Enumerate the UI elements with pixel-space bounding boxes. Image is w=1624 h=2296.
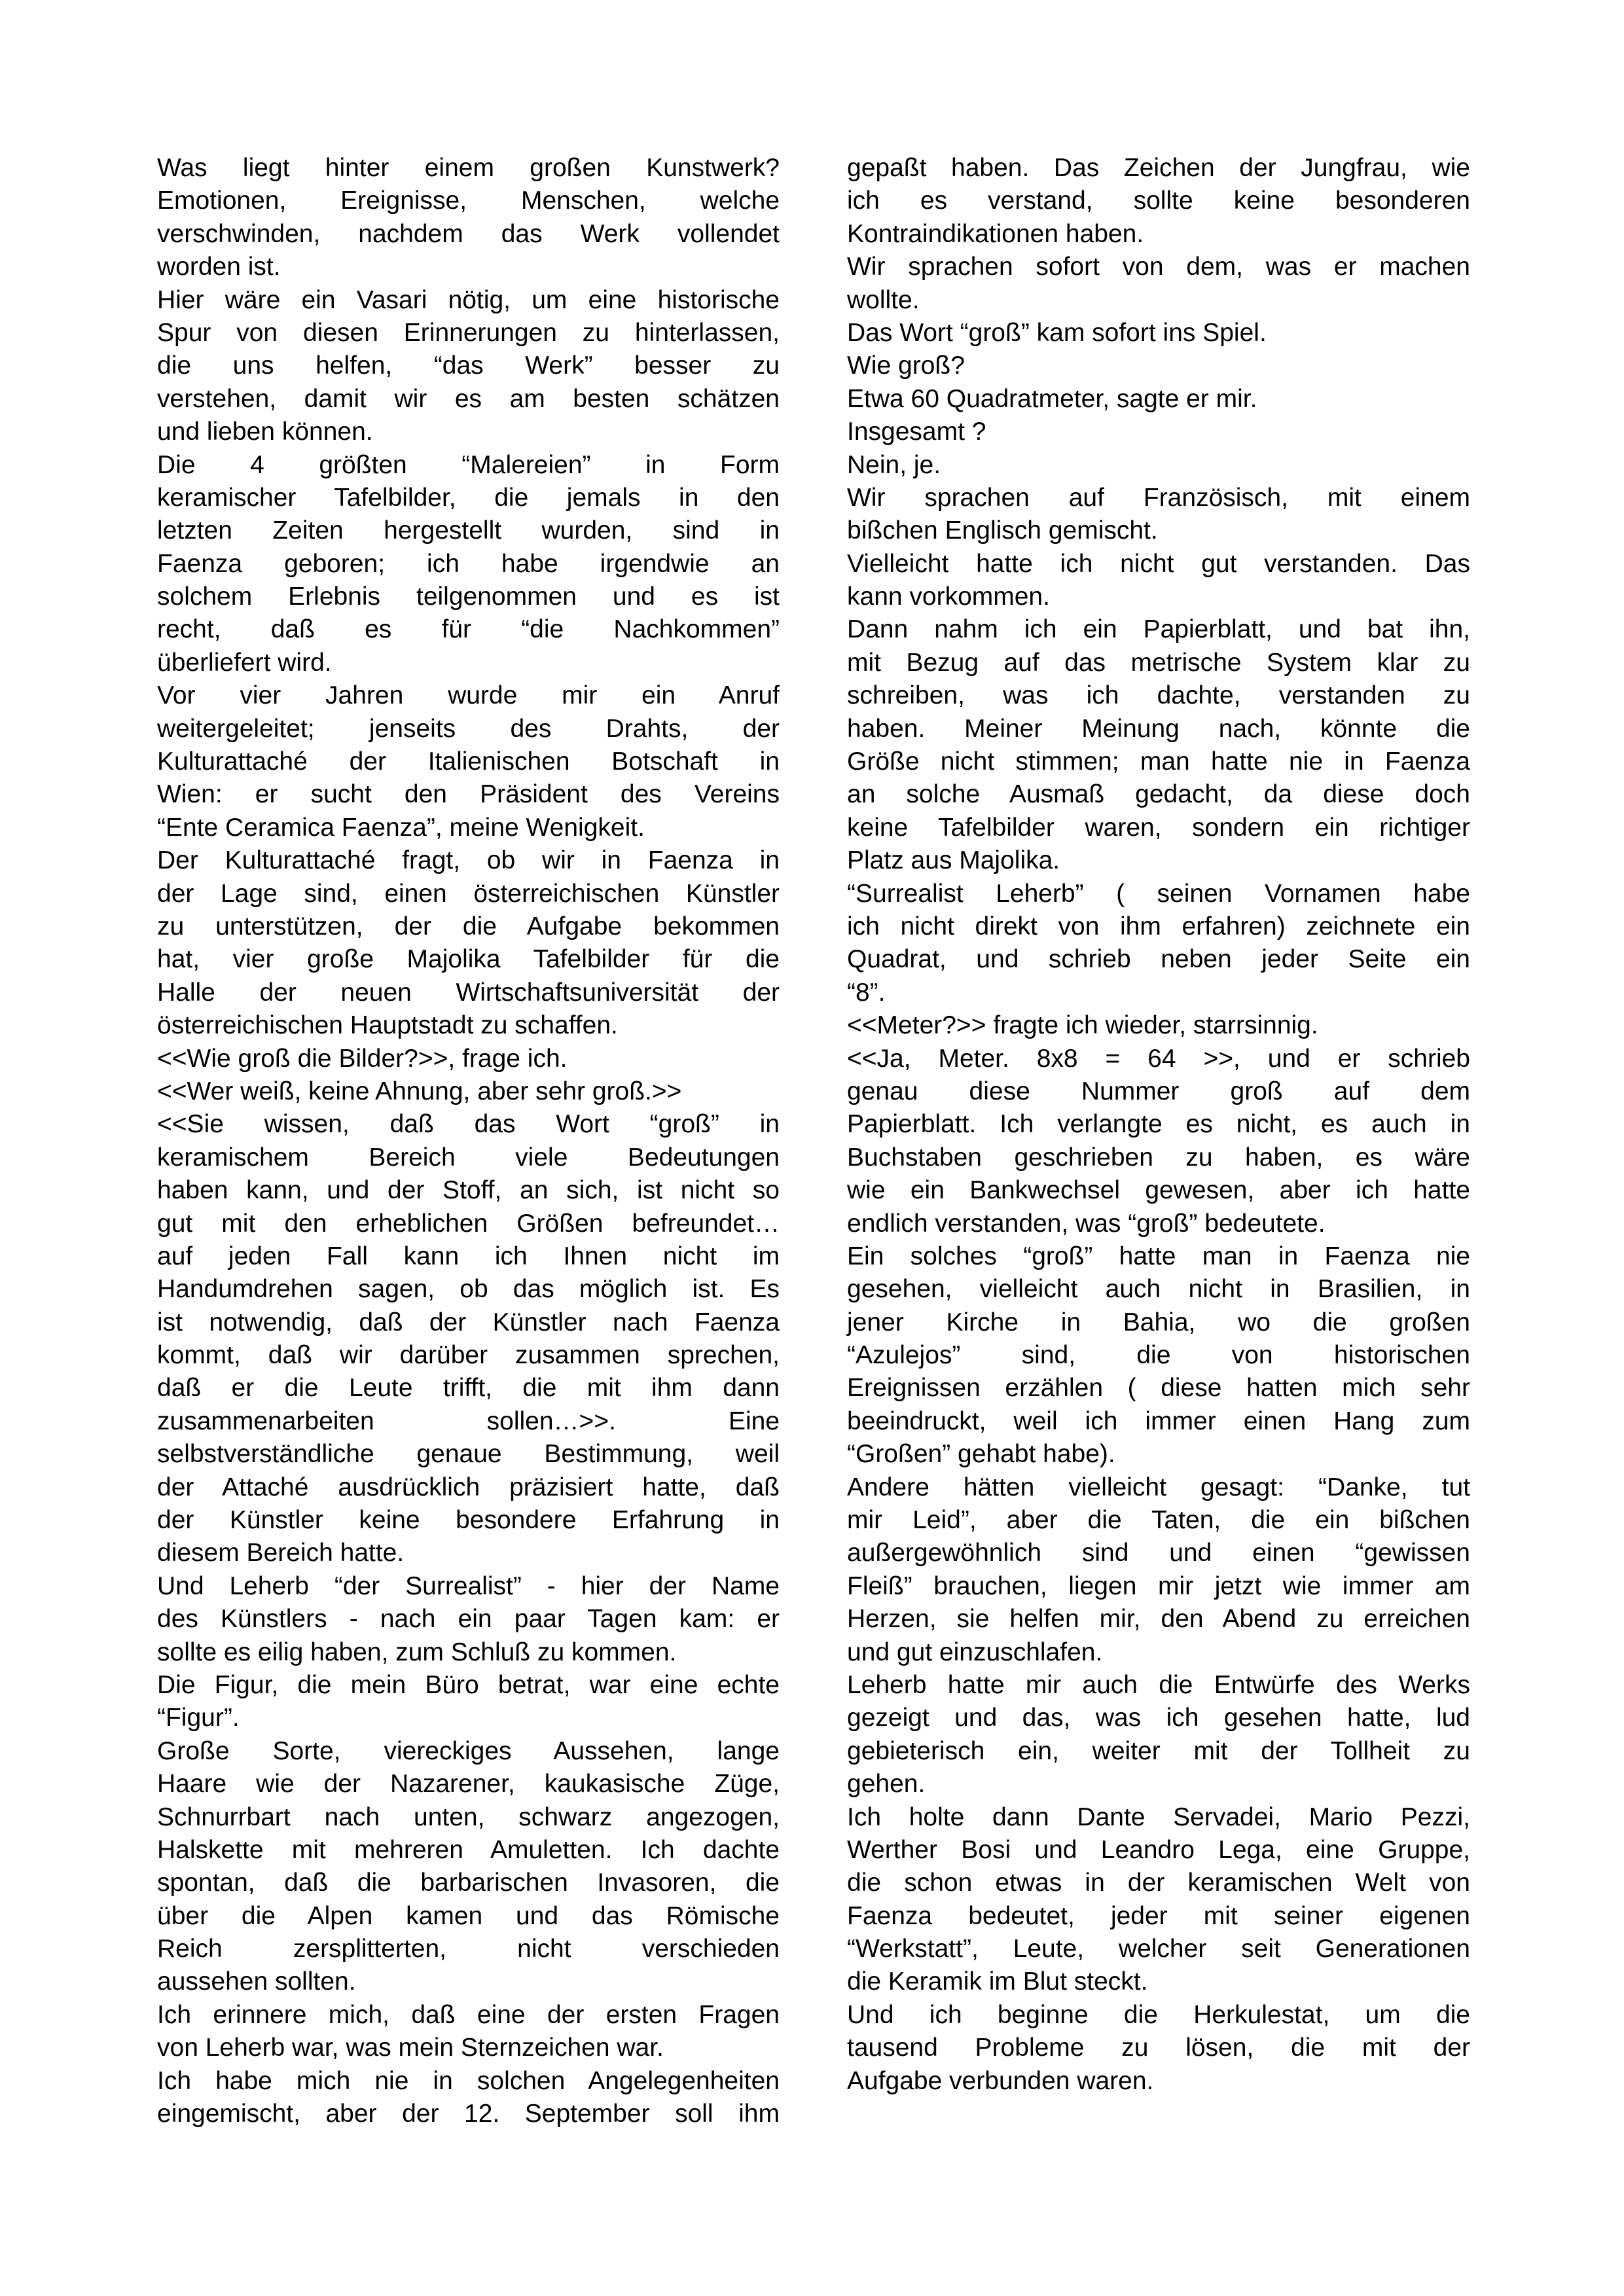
text-line: solchem Erlebnis teilgenommen und es ist [157, 581, 780, 613]
text-line: Ich erinnere mich, daß eine der ersten F… [157, 1999, 780, 2032]
text-line: <<Wer weiß, keine Ahnung, aber sehr groß… [157, 1075, 780, 1108]
text-line: Spur von diesen Erinnerungen zu hinterla… [157, 317, 780, 350]
text-line: außergewöhnlich sind und einen “gewissen [847, 1537, 1470, 1570]
text-line: Andere hätten vielleicht gesagt: “Danke,… [847, 1471, 1470, 1504]
text-line: aussehen sollten. [157, 1965, 780, 1998]
text-line: Aufgabe verbunden waren. [847, 2065, 1470, 2098]
text-line: Haare wie der Nazarener, kaukasische Züg… [157, 1768, 780, 1801]
text-line: von Leherb war, was mein Sternzeichen wa… [157, 2032, 780, 2064]
text-line: gut mit den erheblichen Größen befreunde… [157, 1208, 780, 1240]
text-line: genau diese Nummer groß auf dem [847, 1075, 1470, 1108]
text-line: die uns helfen, “das Werk” besser zu [157, 350, 780, 382]
text-line: schreiben, was ich dachte, verstanden zu [847, 679, 1470, 712]
text-line: Schnurrbart nach unten, schwarz angezoge… [157, 1801, 780, 1834]
text-line: ich nicht direkt von ihm erfahren) zeich… [847, 910, 1470, 943]
text-line: Halskette mit mehreren Amuletten. Ich da… [157, 1834, 780, 1867]
text-line: spontan, daß die barbarischen Invasoren,… [157, 1867, 780, 1899]
text-line: diesem Bereich hatte. [157, 1537, 780, 1570]
text-line: gezeigt und das, was ich gesehen hatte, … [847, 1702, 1470, 1734]
text-line: beeindruckt, weil ich immer einen Hang z… [847, 1405, 1470, 1438]
text-line: Wir sprachen sofort von dem, was er mach… [847, 251, 1470, 283]
text-line: Das Wort “groß” kam sofort ins Spiel. [847, 317, 1470, 350]
text-line: “Ente Ceramica Faenza”, meine Wenigkeit. [157, 812, 780, 844]
text-line: Und ich beginne die Herkulestat, um die [847, 1999, 1470, 2032]
text-line: des Künstlers - nach ein paar Tagen kam:… [157, 1603, 780, 1636]
text-line: der Attaché ausdrücklich präzisiert hatt… [157, 1471, 780, 1504]
text-line: Faenza geboren; ich habe irgendwie an [157, 548, 780, 581]
text-line: letzten Zeiten hergestellt wurden, sind … [157, 514, 780, 547]
text-line: keramischer Tafelbilder, die jemals in d… [157, 482, 780, 514]
text-line: “Großen” gehabt habe). [847, 1438, 1470, 1471]
text-line: worden ist. [157, 251, 780, 283]
text-column-right: gepaßt haben. Das Zeichen der Jungfrau, … [847, 152, 1470, 2098]
text-line: Buchstaben geschrieben zu haben, es wäre [847, 1141, 1470, 1174]
text-line: österreichischen Hauptstadt zu schaffen. [157, 1009, 780, 1042]
text-line: an solche Ausmaß gedacht, da diese doch [847, 778, 1470, 811]
text-line: haben kann, und der Stoff, an sich, ist … [157, 1174, 780, 1207]
text-line: Wie groß? [847, 350, 1470, 382]
text-line: Wir sprachen auf Französisch, mit einem [847, 482, 1470, 514]
text-line: Und Leherb “der Surrealist” - hier der N… [157, 1570, 780, 1603]
text-line: und gut einzuschlafen. [847, 1636, 1470, 1669]
text-line: Ereignissen erzählen ( diese hatten mich… [847, 1372, 1470, 1405]
text-line: überliefert wird. [157, 647, 780, 679]
text-line: die Keramik im Blut steckt. [847, 1965, 1470, 1998]
text-line: Größe nicht stimmen; man hatte nie in Fa… [847, 745, 1470, 778]
text-line: Herzen, sie helfen mir, den Abend zu err… [847, 1603, 1470, 1636]
text-line: kann vorkommen. [847, 581, 1470, 613]
text-line: der Künstler keine besondere Erfahrung i… [157, 1504, 780, 1537]
text-line: tausend Probleme zu lösen, die mit der [847, 2032, 1470, 2064]
text-line: Platz aus Majolika. [847, 844, 1470, 877]
text-line: “Azulejos” sind, die von historischen [847, 1339, 1470, 1372]
text-line: <<Meter?>> fragte ich wieder, starrsinni… [847, 1009, 1470, 1042]
text-line: keramischem Bereich viele Bedeutungen [157, 1141, 780, 1174]
text-line: gebieterisch ein, weiter mit der Tollhei… [847, 1735, 1470, 1768]
text-line: hat, vier große Majolika Tafelbilder für… [157, 943, 780, 976]
text-column-left: Was liegt hinter einem großen Kunstwerk?… [157, 152, 780, 2130]
text-line: Faenza bedeutet, jeder mit seiner eigene… [847, 1900, 1470, 1933]
text-line: Die 4 größten “Malereien” in Form [157, 449, 780, 482]
text-line: zusammenarbeiten sollen…>>. Eine [157, 1405, 780, 1438]
text-line: Handumdrehen sagen, ob das möglich ist. … [157, 1273, 780, 1306]
text-line: Der Kulturattaché fragt, ob wir in Faenz… [157, 844, 780, 877]
text-line: weitergeleitet; jenseits des Drahts, der [157, 713, 780, 745]
text-line: endlich verstanden, was “groß” bedeutete… [847, 1208, 1470, 1240]
text-line: Große Sorte, viereckiges Aussehen, lange [157, 1735, 780, 1768]
document-page: Was liegt hinter einem großen Kunstwerk?… [0, 0, 1624, 2296]
text-line: Was liegt hinter einem großen Kunstwerk? [157, 152, 780, 185]
text-line: mit Bezug auf das metrische System klar … [847, 647, 1470, 679]
text-line: Werther Bosi und Leandro Lega, eine Grup… [847, 1834, 1470, 1867]
text-line: Ich holte dann Dante Servadei, Mario Pez… [847, 1801, 1470, 1834]
text-line: Papierblatt. Ich verlangte es nicht, es … [847, 1108, 1470, 1141]
text-line: wollte. [847, 284, 1470, 317]
text-line: verstehen, damit wir es am besten schätz… [157, 383, 780, 416]
text-line: verschwinden, nachdem das Werk vollendet [157, 218, 780, 251]
text-line: “8”. [847, 977, 1470, 1009]
text-line: <<Wie groß die Bilder?>>, frage ich. [157, 1043, 780, 1075]
text-line: Vor vier Jahren wurde mir ein Anruf [157, 679, 780, 712]
text-line: jener Kirche in Bahia, wo die großen [847, 1306, 1470, 1339]
text-line: ist notwendig, daß der Künstler nach Fae… [157, 1306, 780, 1339]
text-line: daß er die Leute trifft, die mit ihm dan… [157, 1372, 780, 1405]
text-line: Insgesamt ? [847, 416, 1470, 448]
text-line: Halle der neuen Wirtschaftsuniversität d… [157, 977, 780, 1009]
text-line: Wien: er sucht den Präsident des Vereins [157, 778, 780, 811]
text-line: Leherb hatte mir auch die Entwürfe des W… [847, 1669, 1470, 1702]
text-line: auf jeden Fall kann ich Ihnen nicht im [157, 1240, 780, 1273]
text-line: Die Figur, die mein Büro betrat, war ein… [157, 1669, 780, 1702]
text-line: eingemischt, aber der 12. September soll… [157, 2098, 780, 2130]
text-line: Ich habe mich nie in solchen Angelegenhe… [157, 2065, 780, 2098]
text-line: gesehen, vielleicht auch nicht in Brasil… [847, 1273, 1470, 1306]
text-line: “Surrealist Leherb” ( seinen Vornamen ha… [847, 878, 1470, 910]
text-line: sollte es eilig haben, zum Schluß zu kom… [157, 1636, 780, 1669]
text-line: <<Ja, Meter. 8x8 = 64 >>, und er schrieb [847, 1043, 1470, 1075]
text-line: recht, daß es für “die Nachkommen” [157, 613, 780, 646]
text-line: der Lage sind, einen österreichischen Kü… [157, 878, 780, 910]
text-line: <<Sie wissen, daß das Wort “groß” in [157, 1108, 780, 1141]
text-line: Fleiß” brauchen, liegen mir jetzt wie im… [847, 1570, 1470, 1603]
text-line: und lieben können. [157, 416, 780, 448]
text-line: die schon etwas in der keramischen Welt … [847, 1867, 1470, 1899]
text-line: Emotionen, Ereignisse, Menschen, welche [157, 185, 780, 217]
text-line: gehen. [847, 1768, 1470, 1801]
text-line: keine Tafelbilder waren, sondern ein ric… [847, 812, 1470, 844]
text-line: Vielleicht hatte ich nicht gut verstande… [847, 548, 1470, 581]
text-line: ich es verstand, sollte keine besonderen [847, 185, 1470, 217]
text-line: über die Alpen kamen und das Römische [157, 1900, 780, 1933]
text-line: Hier wäre ein Vasari nötig, um eine hist… [157, 284, 780, 317]
text-line: Nein, je. [847, 449, 1470, 482]
text-line: Reich zersplitterten, nicht verschieden [157, 1933, 780, 1965]
text-line: gepaßt haben. Das Zeichen der Jungfrau, … [847, 152, 1470, 185]
text-line: kommt, daß wir darüber zusammen sprechen… [157, 1339, 780, 1372]
text-line: Kulturattaché der Italienischen Botschaf… [157, 745, 780, 778]
text-line: Ein solches “groß” hatte man in Faenza n… [847, 1240, 1470, 1273]
text-line: Quadrat, und schrieb neben jeder Seite e… [847, 943, 1470, 976]
text-line: mir Leid”, aber die Taten, die ein bißch… [847, 1504, 1470, 1537]
text-line: wie ein Bankwechsel gewesen, aber ich ha… [847, 1174, 1470, 1207]
text-line: zu unterstützen, der die Aufgabe bekomme… [157, 910, 780, 943]
text-line: bißchen Englisch gemischt. [847, 514, 1470, 547]
text-line: selbstverständliche genaue Bestimmung, w… [157, 1438, 780, 1471]
text-line: Etwa 60 Quadratmeter, sagte er mir. [847, 383, 1470, 416]
text-line: Dann nahm ich ein Papierblatt, und bat i… [847, 613, 1470, 646]
text-line: “Figur”. [157, 1702, 780, 1734]
text-line: “Werkstatt”, Leute, welcher seit Generat… [847, 1933, 1470, 1965]
text-line: haben. Meiner Meinung nach, könnte die [847, 713, 1470, 745]
text-line: Kontraindikationen haben. [847, 218, 1470, 251]
